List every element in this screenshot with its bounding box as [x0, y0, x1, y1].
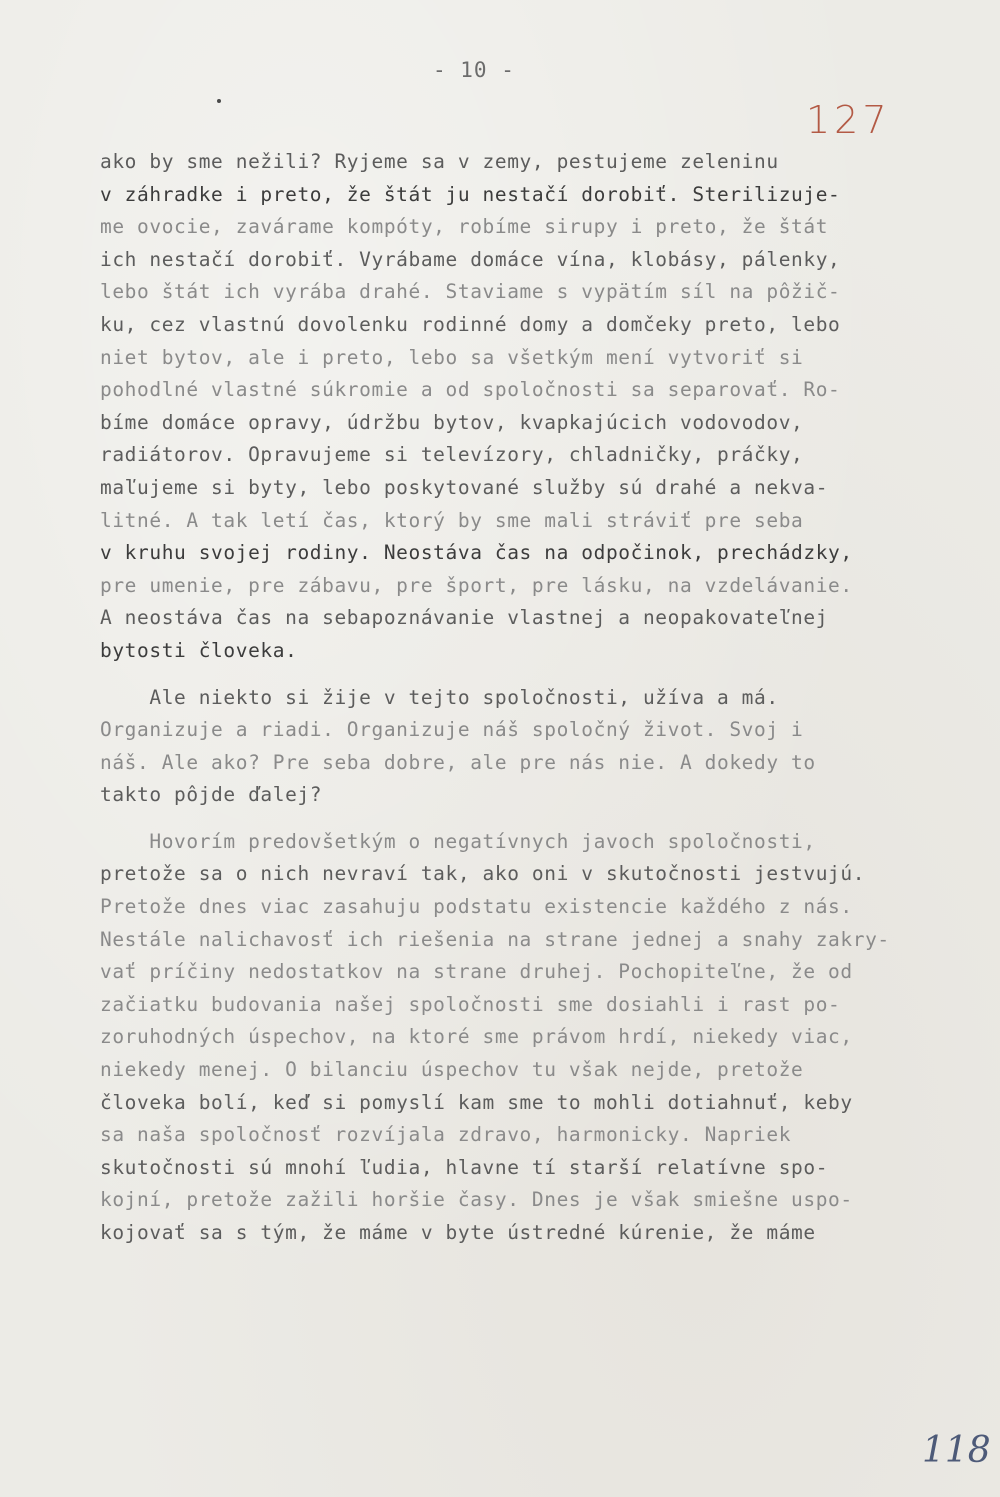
handwritten-folio-number: 118	[922, 1430, 991, 1471]
page-number: - 10 -	[433, 58, 515, 82]
typewritten-page: - 10 - 127 ako by sme nežili? Ryjeme sa …	[0, 0, 1000, 1497]
text-line: začiatku budovania našej spoločnosti sme…	[100, 989, 980, 1022]
text-line: v kruhu svojej rodiny. Neostáva čas na o…	[100, 537, 980, 570]
text-line: maľujeme si byty, lebo poskytované služb…	[100, 472, 980, 505]
text-line: Nestále nalichavosť ich riešenia na stra…	[100, 924, 980, 957]
ink-speck	[217, 99, 221, 103]
text-line: Ale niekto si žije v tejto spoločnosti, …	[100, 682, 980, 715]
text-line: radiátorov. Opravujeme si televízory, ch…	[100, 439, 980, 472]
text-line: v záhradke i preto, že štát ju nestačí d…	[100, 179, 980, 212]
text-line: vať príčiny nedostatkov na strane druhej…	[100, 956, 980, 989]
text-line: zoruhodných úspechov, na ktoré sme právo…	[100, 1021, 980, 1054]
archive-stamp-number: 127	[806, 98, 891, 142]
paragraph: Ale niekto si žije v tejto spoločnosti, …	[100, 682, 980, 812]
text-line: niekedy menej. O bilanciu úspechov tu vš…	[100, 1054, 980, 1087]
text-line: sa naša spoločnosť rozvíjala zdravo, har…	[100, 1119, 980, 1152]
text-line: pohodlné vlastné súkromie a od spoločnos…	[100, 374, 980, 407]
text-line: bytosti človeka.	[100, 635, 980, 668]
paragraph: Hovorím predovšetkým o negatívnych javoc…	[100, 826, 980, 1250]
text-line: ich nestačí dorobiť. Vyrábame domáce vín…	[100, 244, 980, 277]
text-line: Pretože dnes viac zasahuju podstatu exis…	[100, 891, 980, 924]
text-line: kojovať sa s tým, že máme v byte ústredn…	[100, 1217, 980, 1250]
text-line: litné. A tak letí čas, ktorý by sme mali…	[100, 505, 980, 538]
document-body: ako by sme nežili? Ryjeme sa v zemy, pes…	[100, 146, 980, 1250]
text-line: pretože sa o nich nevraví tak, ako oni v…	[100, 858, 980, 891]
text-line: lebo štát ich vyrába drahé. Staviame s v…	[100, 276, 980, 309]
text-line: pre umenie, pre zábavu, pre šport, pre l…	[100, 570, 980, 603]
text-line: náš. Ale ako? Pre seba dobre, ale pre ná…	[100, 747, 980, 780]
text-line: ako by sme nežili? Ryjeme sa v zemy, pes…	[100, 146, 980, 179]
text-line: človeka bolí, keď si pomyslí kam sme to …	[100, 1087, 980, 1120]
text-line: ku, cez vlastnú dovolenku rodinné domy a…	[100, 309, 980, 342]
text-line: takto pôjde ďalej?	[100, 779, 980, 812]
text-line: Hovorím predovšetkým o negatívnych javoc…	[100, 826, 980, 859]
text-line: bíme domáce opravy, údržbu bytov, kvapka…	[100, 407, 980, 440]
paragraph: ako by sme nežili? Ryjeme sa v zemy, pes…	[100, 146, 980, 668]
text-line: niet bytov, ale i preto, lebo sa všetkým…	[100, 342, 980, 375]
text-line: A neostáva čas na sebapoznávanie vlastne…	[100, 602, 980, 635]
text-line: me ovocie, zavárame kompóty, robíme siru…	[100, 211, 980, 244]
text-line: Organizuje a riadi. Organizuje náš spolo…	[100, 714, 980, 747]
text-line: kojní, pretože zažili horšie časy. Dnes …	[100, 1184, 980, 1217]
text-line: skutočnosti sú mnohí ľudia, hlavne tí st…	[100, 1152, 980, 1185]
